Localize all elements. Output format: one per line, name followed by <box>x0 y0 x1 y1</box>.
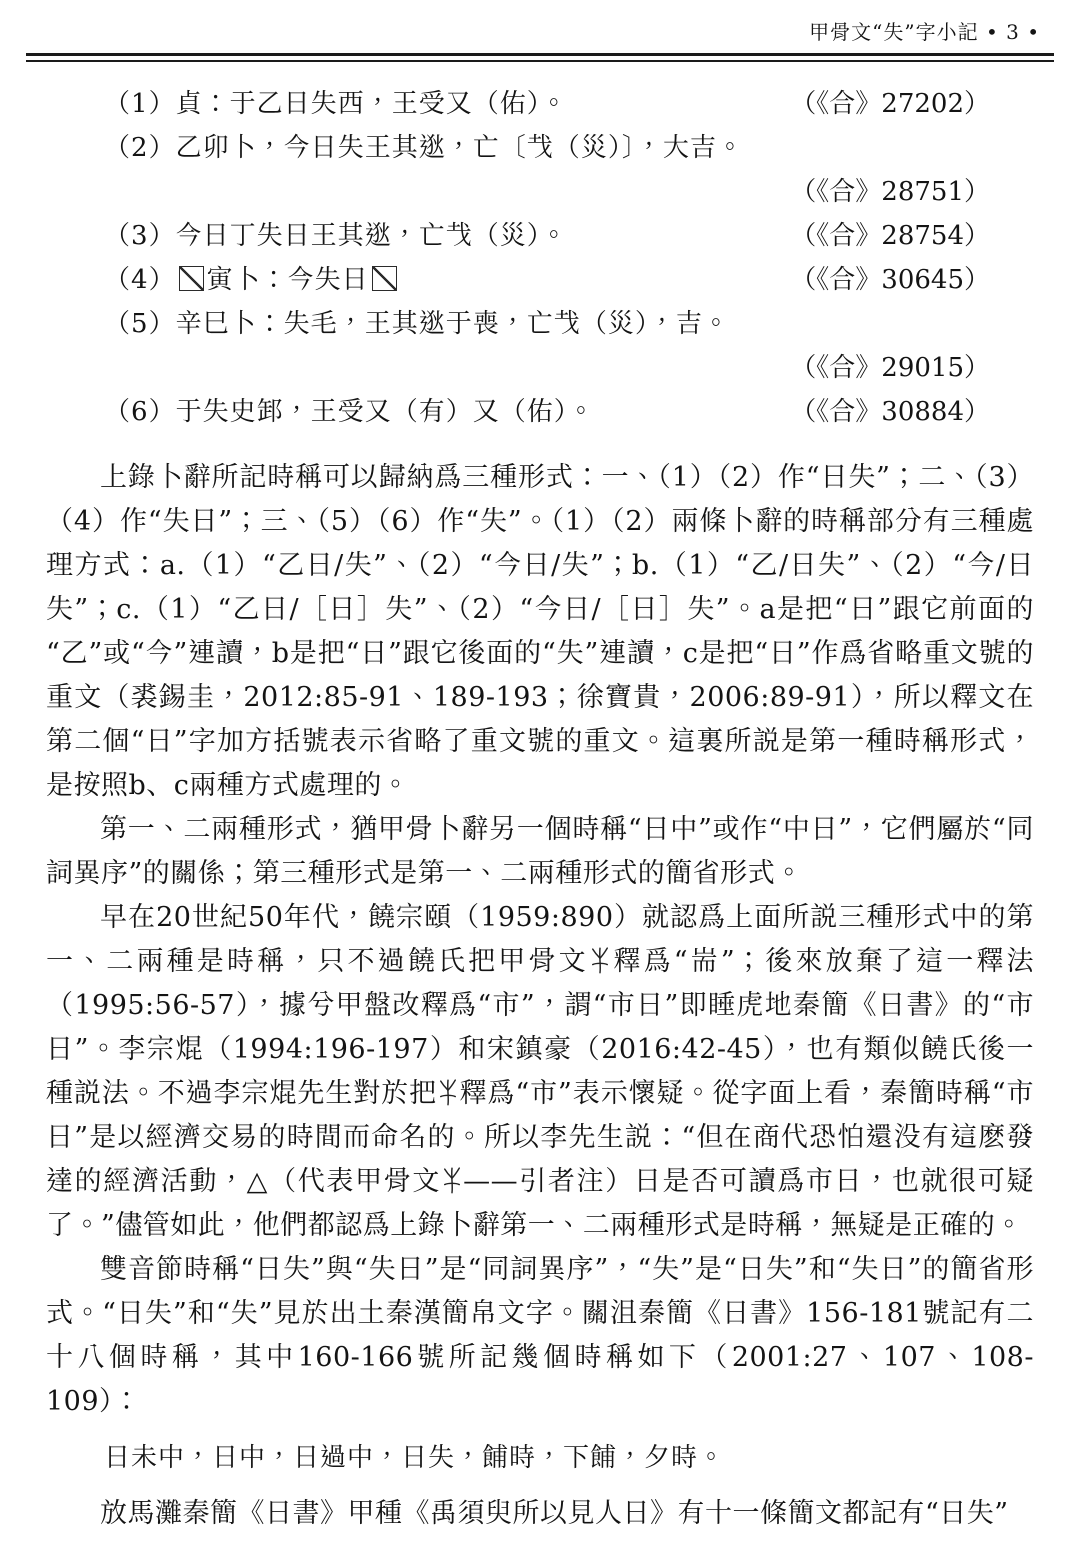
paragraph-qin-slips: 雙音節時稱“日失”與“失日”是“同詞異序”，“失”是“日失”和“失日”的簡省形式… <box>46 1248 1034 1424</box>
paragraph-rao-zongyi: 早在20世紀50年代，饒宗頤（1959:890）就認爲上面所説三種形式中的第一、… <box>46 896 1034 1248</box>
inscription-citation: （《合》30884） <box>790 390 990 434</box>
page-content: （1）貞：于乙日失西，王受又（佑）。（《合》27202）（2）乙卯卜，今日失王其… <box>0 62 1080 1536</box>
oracle-bone-glyph-icon <box>438 1077 458 1107</box>
inscription-citation-row: （《合》29015） <box>104 346 990 390</box>
inscription-text: （6）于失史䣃，王受又（有）又（佑）。 <box>104 390 595 434</box>
paragraph-forms-summary: 上錄卜辭所記時稱可以歸納爲三種形式：一、（1）（2）作“日失”；二、（3）（4）… <box>46 456 1034 808</box>
paragraph-fangmatan: 放馬灘秦簡《日書》甲種《禹須臾所以見人日》有十一條簡文都記有“日失” <box>46 1492 1034 1536</box>
lacuna-box-icon <box>179 266 204 291</box>
inscription-text: （1）貞：于乙日失西，王受又（佑）。 <box>104 82 568 126</box>
inscription-entry: （5）辛巳卜：失毛，王其逖于喪，亡𢦏（災），吉。 <box>104 302 990 346</box>
inscription-text: （2）乙卯卜，今日失王其逖，亡〔𢦏（災）〕，大吉。 <box>104 126 744 170</box>
inscription-entry: （2）乙卯卜，今日失王其逖，亡〔𢦏（災）〕，大吉。 <box>104 126 990 170</box>
inscription-citation: （《合》28754） <box>790 214 990 258</box>
inscription-citation: （《合》27202） <box>790 82 990 126</box>
inscription-entry: （3）今日丁失日王其逖，亡𢦏（災）。（《合》28754） <box>104 214 990 258</box>
inscription-text: （5）辛巳卜：失毛，王其逖于喪，亡𢦏（災），吉。 <box>104 302 730 346</box>
inscription-citation: （《合》29015） <box>790 353 990 383</box>
inscription-entry: （6）于失史䣃，王受又（有）又（佑）。（《合》30884） <box>104 390 990 434</box>
running-header: 甲骨文“失”字小記 • 3 • <box>0 0 1080 53</box>
inscription-citation-row: （《合》28751） <box>104 170 990 214</box>
inscription-text: （3）今日丁失日王其逖，亡𢦏（災）。 <box>104 214 568 258</box>
inscription-entry: （1）貞：于乙日失西，王受又（佑）。（《合》27202） <box>104 82 990 126</box>
entries-list: （1）貞：于乙日失西，王受又（佑）。（《合》27202）（2）乙卯卜，今日失王其… <box>46 82 1034 434</box>
lacuna-box-icon <box>372 266 397 291</box>
oracle-bone-glyph-icon <box>442 1165 462 1195</box>
quoted-time-terms-line: 日未中，日中，日過中，日失，餔時，下餔，夕時。 <box>46 1436 1034 1480</box>
inscription-citation: （《合》30645） <box>790 258 990 302</box>
inscription-text: （4）寅卜：今失日 <box>104 258 400 302</box>
oracle-bone-glyph-icon <box>590 945 610 975</box>
running-header-text: 甲骨文“失”字小記 • 3 • <box>809 20 1040 44</box>
paragraph-word-order: 第一、二兩種形式，猶甲骨卜辭另一個時稱“日中”或作“中日”，它們屬於“同詞異序”… <box>46 808 1034 896</box>
header-double-rule <box>26 53 1054 62</box>
inscription-citation: （《合》28751） <box>790 177 990 207</box>
inscription-entry: （4）寅卜：今失日（《合》30645） <box>104 258 990 302</box>
